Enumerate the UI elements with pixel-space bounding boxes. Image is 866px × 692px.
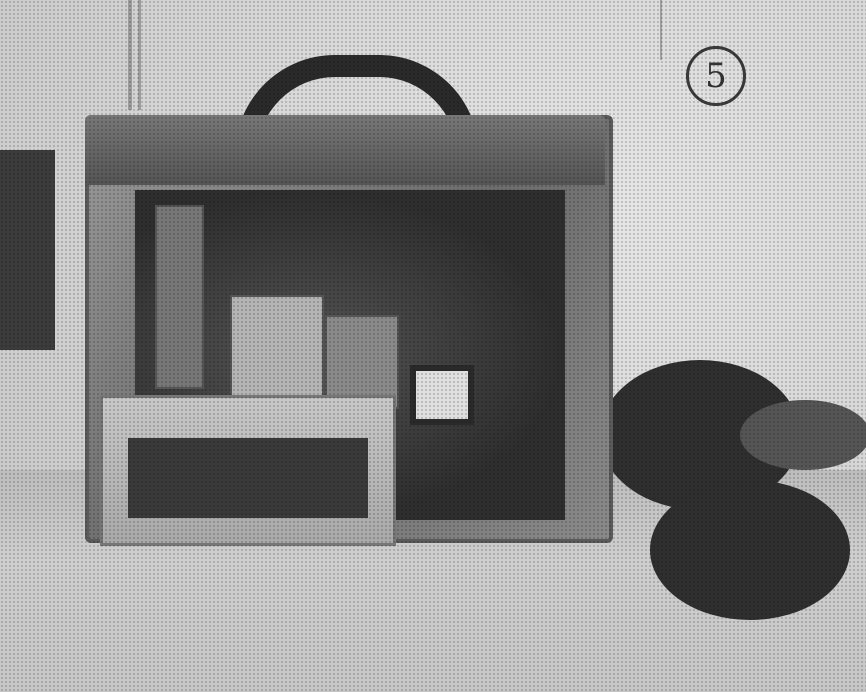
case-lid bbox=[85, 115, 605, 185]
chassis-opening bbox=[128, 438, 368, 518]
wall-edge-line bbox=[660, 0, 662, 60]
vacuum-tube bbox=[155, 205, 204, 389]
chassis-base bbox=[100, 395, 396, 546]
meter-gauge bbox=[410, 365, 474, 425]
background-dark-panel bbox=[0, 150, 55, 350]
coiled-cable bbox=[650, 480, 850, 620]
wall-edge-line bbox=[138, 0, 141, 110]
coiled-cable bbox=[740, 400, 866, 470]
device-case bbox=[85, 115, 605, 575]
photograph: 5 bbox=[0, 0, 866, 692]
wall-edge-line bbox=[128, 0, 132, 110]
figure-number: 5 bbox=[705, 56, 727, 96]
figure-number-label: 5 bbox=[686, 46, 746, 106]
